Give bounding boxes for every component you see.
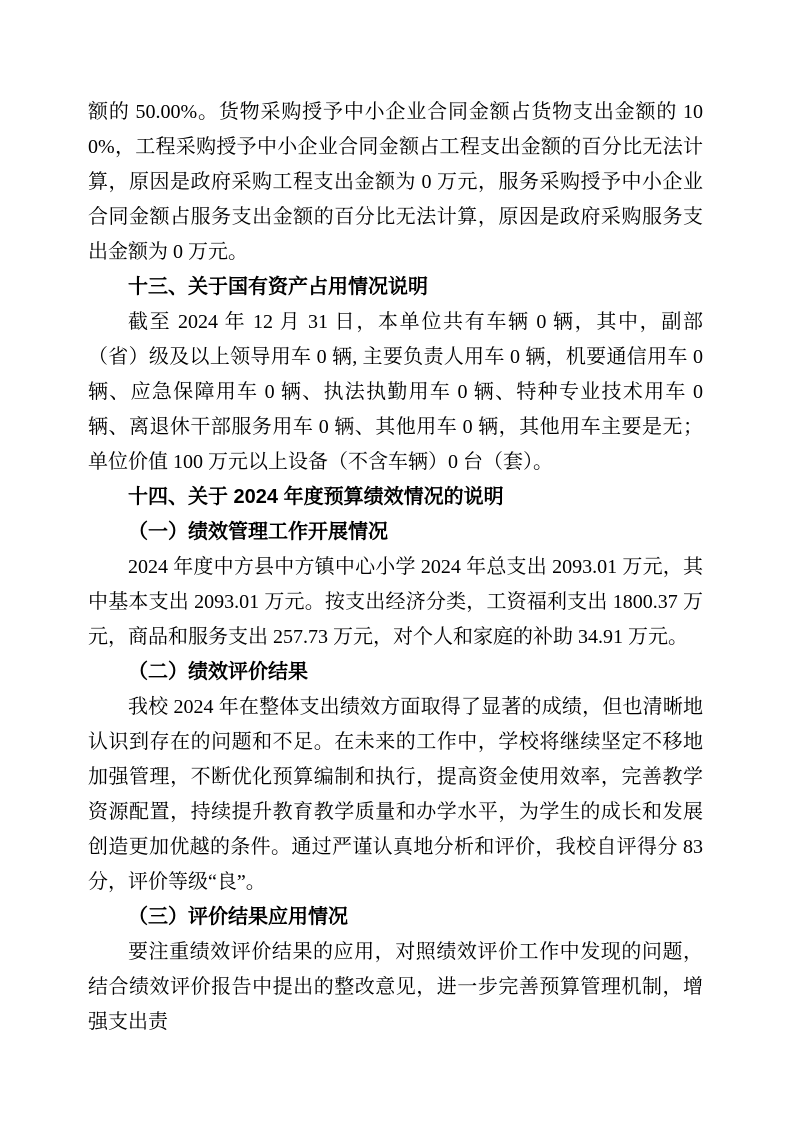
document-page: 额的 50.00%。货物采购授予中小企业合同金额占货物支出金额的 100%，工程… xyxy=(0,0,793,1122)
paragraph-results-application: 要注重绩效评价结果的应用，对照绩效评价工作中发现的问题，结合绩效评价报告中提出的… xyxy=(88,935,703,1040)
subsection-heading-3-results-application: （三）评价结果应用情况 xyxy=(88,900,703,935)
paragraph-performance-management: 2024 年度中方县中方镇中心小学 2024 年总支出 2093.01 万元，其… xyxy=(88,550,703,655)
subsection-heading-2-evaluation-results: （二）绩效评价结果 xyxy=(88,655,703,690)
section-heading-14: 十四、关于 2024 年度预算绩效情况的说明 xyxy=(88,480,703,515)
subsection-heading-1-performance-management: （一）绩效管理工作开展情况 xyxy=(88,515,703,550)
paragraph-evaluation-results: 我校 2024 年在整体支出绩效方面取得了显著的成绩，但也清晰地认识到存在的问题… xyxy=(88,690,703,900)
paragraph-state-assets: 截至 2024 年 12 月 31 日，本单位共有车辆 0 辆，其中，副部（省）… xyxy=(88,305,703,480)
section-heading-13: 十三、关于国有资产占用情况说明 xyxy=(88,270,703,305)
paragraph-procurement-continuation: 额的 50.00%。货物采购授予中小企业合同金额占货物支出金额的 100%，工程… xyxy=(88,95,703,270)
